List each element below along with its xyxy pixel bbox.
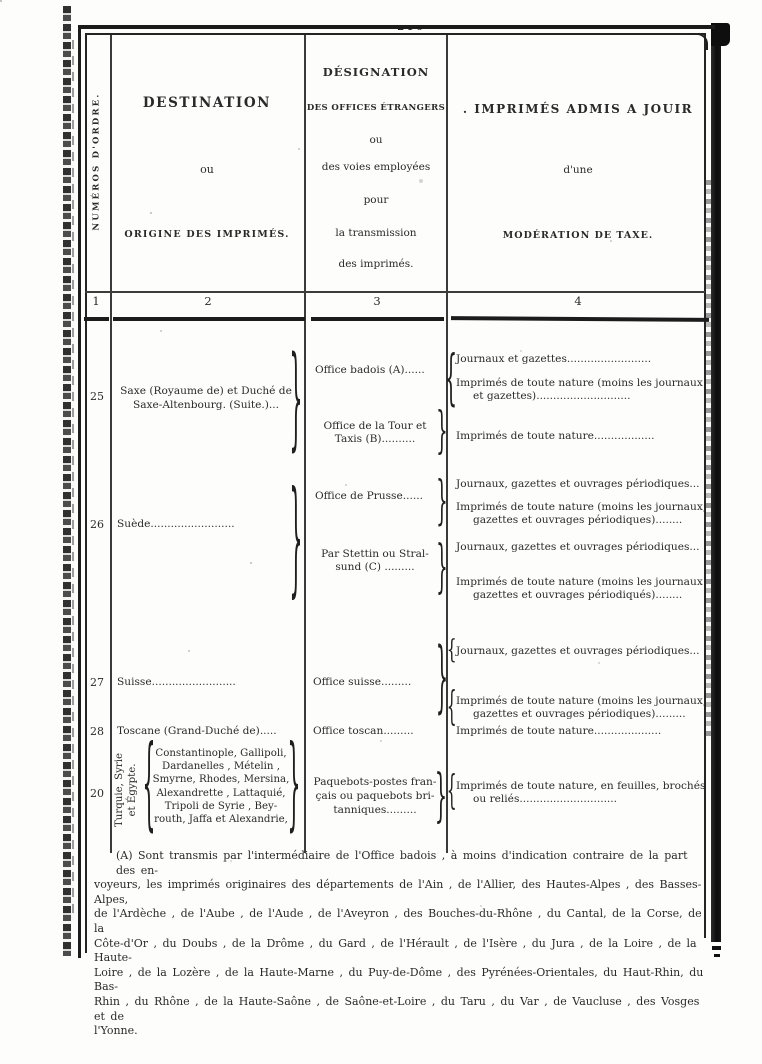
row27-office-brace: } [436,640,447,718]
row29-cities-close-brace: } [287,735,298,836]
footnote-line: voyeurs, les imprimés originaires des dé… [94,878,712,907]
row28-tariff-imprimes: Imprimés de toute nature................… [456,725,661,738]
row29-tariff-imprimes: Imprimés de toute nature, en feuilles, b… [456,780,725,806]
header-bottom-rule-seg2 [113,317,305,321]
footnote-line: de l'Ardèche , de l'Aube , de l'Aude , d… [94,907,712,936]
column4-number: 4 [450,295,706,308]
row25-destination-brace: } [289,345,300,457]
row27-tariff-journaux: Journaux, gazettes et ouvrages périodiqu… [456,645,700,658]
header-bottom-rule-seg4 [451,316,709,321]
row25-office2-brace: } [436,407,446,456]
footnote-line: l'Yonne. [94,1024,712,1039]
table-left-border-outer [78,25,81,958]
row29-office-brace: } [435,768,446,825]
column3-header-line5: pour [307,194,445,207]
column2-header-ou: ou [113,163,301,176]
row25-tariff-journaux: Journaux et gazettes....................… [456,353,651,366]
column2-header-bottom: ORIGINE DES IMPRIMÉS. [113,228,301,241]
row29-destination-vertical: Turquie, Syrie et Égypte. [114,735,140,845]
row26-destination-brace: } [289,479,300,604]
row26-tariff1-journaux: Journaux, gazettes et ouvrages périodiqu… [456,478,700,491]
row28-number: 28 [86,725,108,738]
scanned-document-page: — 216 — NUMÉROS D'ORDRE. DESTINATION ou … [0,0,762,1064]
column3-number: 3 [308,295,446,308]
row25-tariff-imprimes: Imprimés de toute nature................… [456,430,655,443]
row26-tariff2-imprimes: Imprimés de toute nature (moins les jour… [456,576,725,602]
row26-office-prusse: Office de Prusse...... [315,490,423,503]
right-edge-dash [712,946,721,950]
column3-header-line1: DÉSIGNATION [307,66,445,79]
column4-header-title: . IMPRIMÉS ADMIS A JOUIR [450,103,706,116]
row29-number: 20 [86,787,108,800]
table-top-right-corner [688,33,708,50]
column3-header-line7: des imprimés. [307,258,445,271]
footnote-line: Côte-d'Or , du Doubs , de la Drôme , du … [94,937,712,966]
column1-header-vertical: NUMÉROS D'ORDRE. [91,42,104,282]
row27-destination: Suisse......................... [117,676,236,689]
column-separator-1 [110,35,112,853]
right-edge-dash [714,954,720,957]
row27-number: 27 [86,676,108,689]
row26-tariff1-imprimes: Imprimés de toute nature (moins les jour… [456,501,725,527]
column3-header-line3: ou [307,134,445,147]
row29-office-paquebots: Paquebots-postes fran- çais ou paquebots… [308,775,442,817]
paper-speckle-noise [0,0,2,2]
row25-office-badois: Office badois (A)...... [315,364,425,377]
footnote-line: Loire , de la Lozère , de la Haute-Marne… [94,966,712,995]
row25-tariff-group1-brace: { [445,349,456,409]
left-binding-shadow-thin [72,40,74,920]
row25-tariff-imprimes-moins: Imprimés de toute nature (moins les jour… [456,377,725,403]
row27-tariff-imprimes: Imprimés de toute nature (moins les jour… [456,695,725,721]
column3-header-line2: DES OFFICES ÉTRANGERS [305,102,447,115]
row28-destination: Toscane (Grand-Duché de)..... [117,725,277,738]
footnote-line: (A) Sont transmis par l'intermédiaire de… [94,849,712,878]
row25-number: 25 [86,390,108,403]
row26-tariff2-journaux: Journaux, gazettes et ouvrages périodiqu… [456,541,700,554]
table-top-border-outer [78,25,715,29]
column2-number: 2 [112,295,304,308]
row29-city-list: Constantinople, Gallipoli, Dardanelles ,… [150,747,292,826]
header-bottom-rule-seg1 [84,317,109,321]
row27-office-suisse: Office suisse......... [313,676,411,689]
row29-tariff-brace: { [447,771,455,811]
row28-office-toscan: Office toscan......... [313,725,414,738]
row26-office-stettin: Par Stettin ou Stral- sund (C) ......... [308,548,442,574]
left-binding-shadow [63,6,71,956]
table-left-border-inner [85,33,87,953]
row25-office-tour-taxis: Office de la Tour et Taxis (B).......... [308,420,442,446]
row26-office2-brace: } [436,539,446,596]
column3-header-line6: la transmission [307,227,445,240]
row26-office1-brace: } [436,476,446,528]
row26-number: 26 [86,518,108,531]
column4-header-ou: d'une [450,164,706,177]
column3-header-line4: des voies employées [307,161,445,174]
column2-header-title: DESTINATION [113,97,301,110]
table-top-border-inner [85,33,706,35]
header-number-row-rule [85,291,705,293]
column-separator-2 [304,35,306,853]
footnote-line: Rhin , du Rhône , de la Haute-Saône , de… [94,995,712,1024]
row25-destination: Saxe (Royaume de) et Duché de Saxe-Alten… [114,385,298,412]
column4-header-bottom: MODÉRATION DE TAXE. [450,229,706,242]
row27-tariff1-brace: { [447,687,455,727]
header-bottom-rule-seg3 [311,317,444,321]
column1-number: 1 [84,295,108,308]
footnote-block: (A) Sont transmis par l'intermédiaire de… [94,849,712,1039]
row26-destination: Suède......................... [117,518,235,531]
